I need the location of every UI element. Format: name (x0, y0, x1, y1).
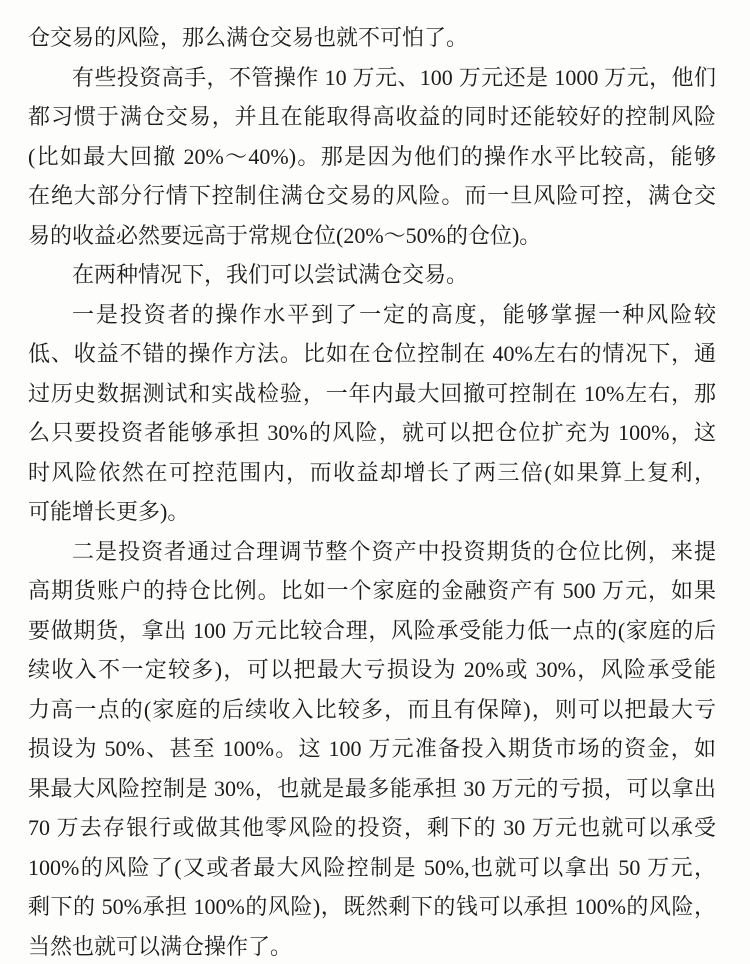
text-line: 么只要投资者能够承担 30%的风险，就可以把仓位扩充为 100%，这 (28, 413, 716, 453)
text-line: 70 万去存银行或做其他零风险的投资，剩下的 30 万元也就可以承受 (28, 808, 716, 848)
text-line: 当然也就可以满仓操作了。 (28, 927, 716, 964)
text-line: 力高一点的(家庭的后续收入比较多，而且有保障)，则可以把最大亏 (28, 690, 716, 730)
text-line: 二是投资者通过合理调节整个资产中投资期货的仓位比例，来提 (28, 532, 716, 572)
text-line: 有些投资高手，不管操作 10 万元、100 万元还是 1000 万元，他们 (28, 58, 716, 98)
text-line: 果最大风险控制是 30%，也就是最多能承担 30 万元的亏损，可以拿出 (28, 769, 716, 809)
text-line: 在两种情况下，我们可以尝试满仓交易。 (28, 255, 716, 295)
text-line: (比如最大回撤 20%～40%)。那是因为他们的操作水平比较高，能够 (28, 137, 716, 177)
text-line: 过历史数据测试和实战检验，一年内最大回撤可控制在 10%左右，那 (28, 374, 716, 414)
text-line: 高期货账户的持仓比例。比如一个家庭的金融资产有 500 万元，如果 (28, 571, 716, 611)
text-line: 一是投资者的操作水平到了一定的高度，能够掌握一种风险较 (28, 295, 716, 335)
text-line: 低、收益不错的操作方法。比如在仓位控制在 40%左右的情况下，通 (28, 334, 716, 374)
text-line: 要做期货，拿出 100 万元比较合理，风险承受能力低一点的(家庭的后 (28, 611, 716, 651)
book-page: 仓交易的风险，那么满仓交易也就不可怕了。有些投资高手，不管操作 10 万元、10… (0, 0, 750, 964)
text-line: 剩下的 50%承担 100%的风险)，既然剩下的钱可以承担 100%的风险， (28, 887, 716, 927)
text-line: 100%的风险了(又或者最大风险控制是 50%,也就可以拿出 50 万元， (28, 848, 716, 888)
text-line: 损设为 50%、甚至 100%。这 100 万元准备投入期货市场的资金，如 (28, 729, 716, 769)
text-line: 都习惯于满仓交易，并且在能取得高收益的同时还能较好的控制风险 (28, 97, 716, 137)
text-line: 易的收益必然要远高于常规仓位(20%～50%的仓位)。 (28, 216, 716, 256)
text-line: 时风险依然在可控范围内，而收益却增长了两三倍(如果算上复利， (28, 453, 716, 493)
text-line: 仓交易的风险，那么满仓交易也就不可怕了。 (28, 18, 716, 58)
page-text: 仓交易的风险，那么满仓交易也就不可怕了。有些投资高手，不管操作 10 万元、10… (28, 18, 716, 964)
text-line: 可能增长更多)。 (28, 492, 716, 532)
text-line: 续收入不一定较多)，可以把最大亏损设为 20%或 30%，风险承受能 (28, 650, 716, 690)
text-line: 在绝大部分行情下控制住满仓交易的风险。而一旦风险可控，满仓交 (28, 176, 716, 216)
